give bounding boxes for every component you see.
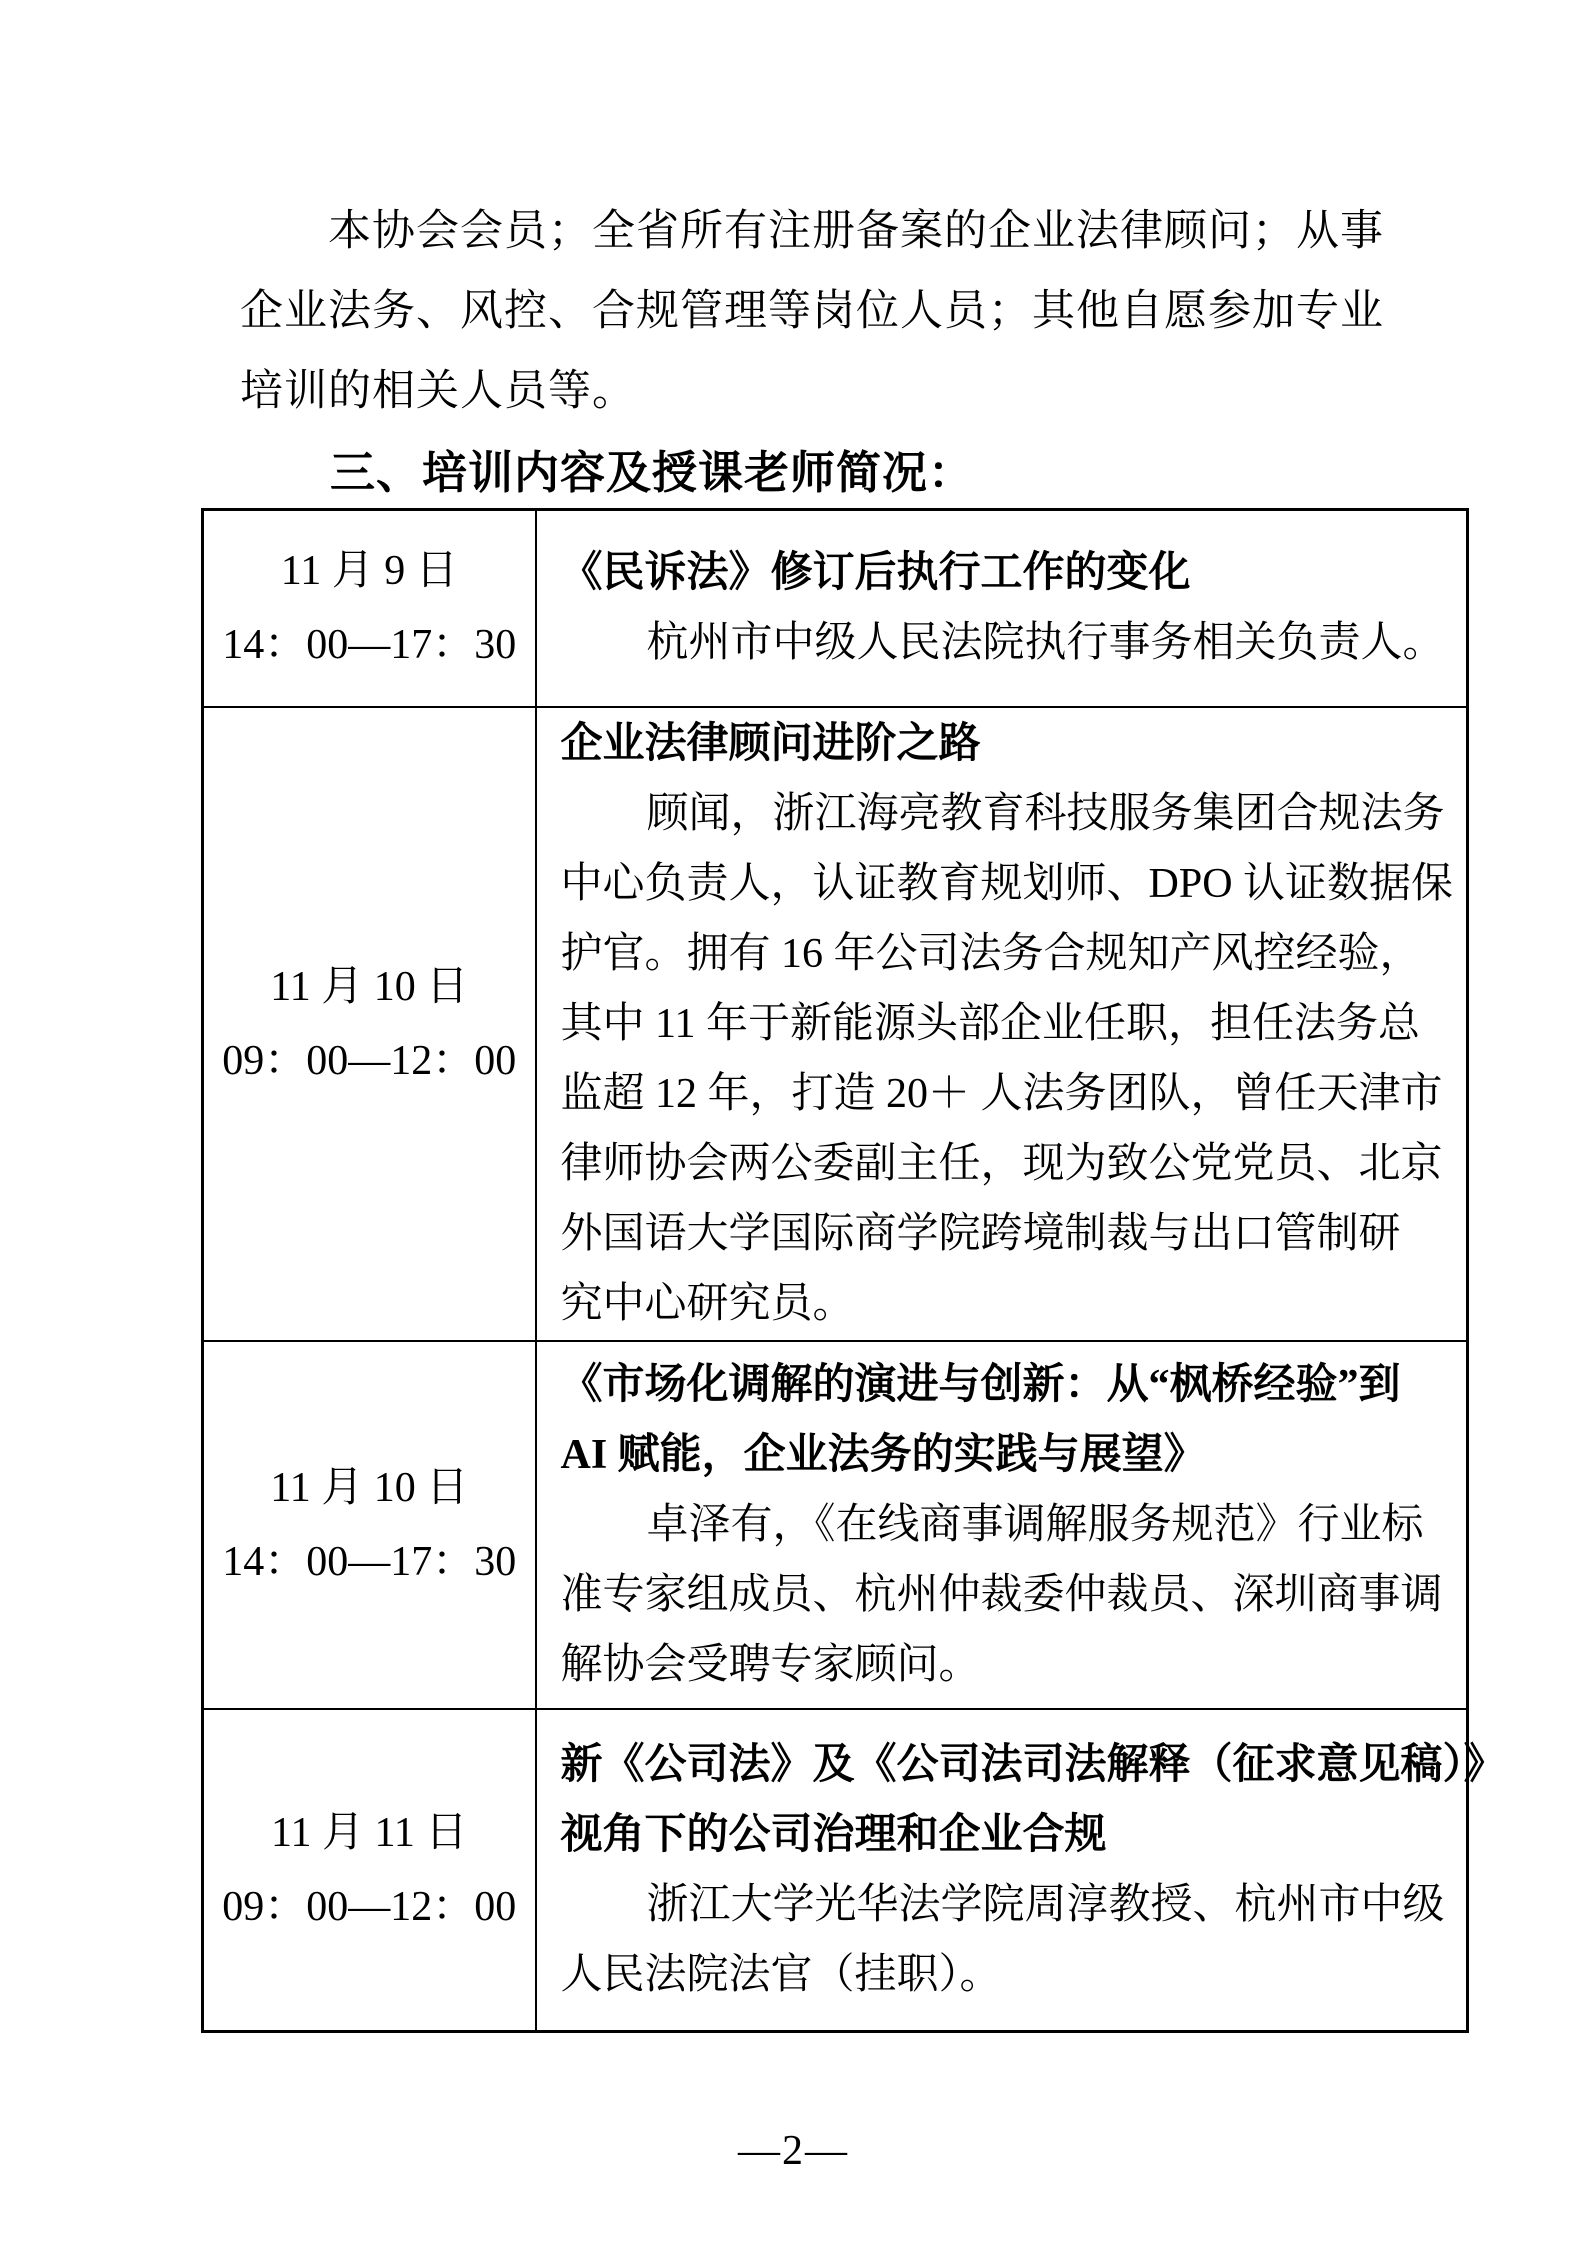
session-desc-line: 其中 11 年于新能源头部企业任职，担任法务总 (561, 989, 1453, 1059)
session-time: 14：00—17：30 (204, 608, 535, 682)
session-date: 11 月 11 日 (204, 1796, 535, 1870)
session-time-cell: 11 月 10 日09：00—12：00 (203, 707, 536, 1341)
session-title-line: 企业法律顾问进阶之路 (561, 709, 1453, 779)
session-desc-line: 外国语大学国际商学院跨境制裁与出口管制研 (561, 1199, 1453, 1269)
section-heading: 三、培训内容及授课老师简况： (330, 446, 974, 500)
session-desc-line: 护官。拥有 16 年公司法务合规知产风控经验， (561, 919, 1453, 989)
schedule-table: 11 月 9 日14：00—17：30《民诉法》修订后执行工作的变化杭州市中级人… (201, 508, 1469, 2033)
session-title-line: AI 赋能，企业法务的实践与展望》 (561, 1420, 1453, 1490)
session-time: 09：00—12：00 (204, 1870, 535, 1944)
session-time-cell: 11 月 11 日09：00—12：00 (203, 1709, 536, 2032)
intro-paragraph: 本协会会员；全省所有注册备案的企业法律顾问；从事企业法务、风控、合规管理等岗位人… (240, 192, 1370, 432)
session-desc-line: 卓泽有，《在线商事调解服务规范》行业标 (561, 1490, 1453, 1560)
session-date: 11 月 9 日 (204, 534, 535, 608)
intro-line: 企业法务、风控、合规管理等岗位人员；其他自愿参加专业 (240, 272, 1370, 352)
session-desc-line: 中心负责人，认证教育规划师、DPO 认证数据保 (561, 849, 1453, 919)
session-desc-line: 监超 12 年，打造 20＋ 人法务团队，曾任天津市 (561, 1059, 1453, 1129)
session-title-line: 新《公司法》及《公司法司法解释（征求意见稿）》 (561, 1730, 1453, 1800)
session-desc-line: 顾闻，浙江海亮教育科技服务集团合规法务 (561, 779, 1453, 849)
intro-line: 本协会会员；全省所有注册备案的企业法律顾问；从事 (240, 192, 1370, 272)
session-content-cell: 《民诉法》修订后执行工作的变化杭州市中级人民法院执行事务相关负责人。 (536, 510, 1468, 707)
session-desc-line: 浙江大学光华法学院周淳教授、杭州市中级 (561, 1870, 1453, 1940)
session-desc-line: 人民法院法官（挂职）。 (561, 1940, 1453, 2010)
session-desc-line: 解协会受聘专家顾问。 (561, 1630, 1453, 1700)
session-title-line: 《民诉法》修订后执行工作的变化 (561, 538, 1453, 608)
schedule-row: 11 月 9 日14：00—17：30《民诉法》修订后执行工作的变化杭州市中级人… (203, 510, 1468, 707)
schedule-row: 11 月 10 日14：00—17：30《市场化调解的演进与创新：从“枫桥经验”… (203, 1341, 1468, 1709)
schedule-row: 11 月 10 日09：00—12：00企业法律顾问进阶之路顾闻，浙江海亮教育科… (203, 707, 1468, 1341)
schedule-table-body: 11 月 9 日14：00—17：30《民诉法》修订后执行工作的变化杭州市中级人… (203, 510, 1468, 2032)
session-title-line: 视角下的公司治理和企业合规 (561, 1800, 1453, 1870)
schedule-row: 11 月 11 日09：00—12：00新《公司法》及《公司法司法解释（征求意见… (203, 1709, 1468, 2032)
session-time-cell: 11 月 10 日14：00—17：30 (203, 1341, 536, 1709)
session-desc-line: 究中心研究员。 (561, 1269, 1453, 1339)
session-content-cell: 新《公司法》及《公司法司法解释（征求意见稿）》视角下的公司治理和企业合规浙江大学… (536, 1709, 1468, 2032)
session-content-cell: 企业法律顾问进阶之路顾闻，浙江海亮教育科技服务集团合规法务中心负责人，认证教育规… (536, 707, 1468, 1341)
session-time-cell: 11 月 9 日14：00—17：30 (203, 510, 536, 707)
session-content-cell: 《市场化调解的演进与创新：从“枫桥经验”到AI 赋能，企业法务的实践与展望》卓泽… (536, 1341, 1468, 1709)
session-date: 11 月 10 日 (204, 950, 535, 1024)
session-time: 09：00—12：00 (204, 1024, 535, 1098)
page-number: —2— (0, 2126, 1587, 2176)
session-title-line: 《市场化调解的演进与创新：从“枫桥经验”到 (561, 1350, 1453, 1420)
session-date: 11 月 10 日 (204, 1451, 535, 1525)
session-time: 14：00—17：30 (204, 1525, 535, 1599)
session-desc-line: 准专家组成员、杭州仲裁委仲裁员、深圳商事调 (561, 1560, 1453, 1630)
intro-line: 培训的相关人员等。 (240, 352, 1370, 432)
document-page: 本协会会员；全省所有注册备案的企业法律顾问；从事企业法务、风控、合规管理等岗位人… (0, 0, 1587, 2245)
session-desc-line: 杭州市中级人民法院执行事务相关负责人。 (561, 608, 1453, 678)
session-desc-line: 律师协会两公委副主任，现为致公党党员、北京 (561, 1129, 1453, 1199)
